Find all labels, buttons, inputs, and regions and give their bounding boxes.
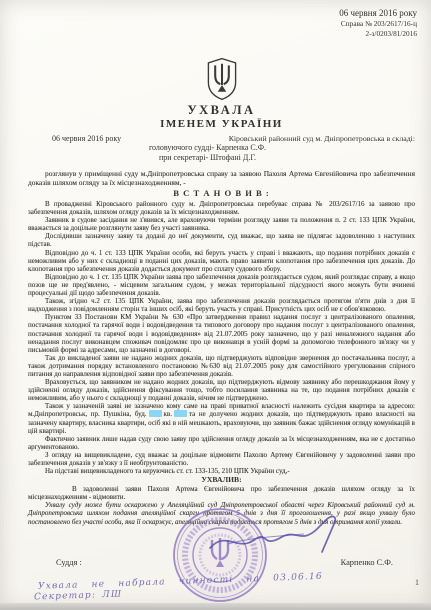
established-heading: В С Т А Н О В И В : [28, 188, 415, 199]
secretary-line: при секретарі- Штофані Д.Г. [14, 153, 401, 163]
handwritten-secretary-note: Секретар: ЛШ [34, 589, 123, 602]
scan-edge-shadow [0, 603, 431, 610]
redaction-box-house-number [149, 410, 162, 417]
document-body: УХВАЛА ІМЕНЕМ УКРАЇНИ 06 червня 2016 рок… [0, 0, 431, 526]
paragraph: Заявник в судове засідання не з'явився, … [28, 216, 415, 232]
resolution-paragraph: В задоволенні заяви Пахоля Артема Євгені… [28, 485, 415, 501]
resolved-heading: УХВАЛИВ: [28, 475, 415, 485]
title-uhvala: УХВАЛА [28, 104, 415, 117]
address-kv-label: кв. [164, 410, 172, 418]
scanned-court-ruling: 06 червня 2016 року Справа № 203/2617/16… [0, 0, 431, 610]
paragraph: Відповідно до ч. 1 ст. 133 ЦПК України о… [28, 249, 415, 273]
paragraph: Пунктом 33 Постанови КМ України № 630 «П… [28, 313, 415, 353]
coat-of-arms-ukraine-icon [205, 56, 239, 102]
paragraph: Враховується, що заявником не надано жод… [28, 378, 415, 402]
paragraph: Також, згідно ч.2 ст. 135 ЦПК України, з… [28, 297, 415, 313]
paragraph: Відповідно до ч. 1 ст. 135 ЦПК України з… [28, 273, 415, 297]
court-line-row: 06 червня 2016 року Кіровський районний … [28, 134, 415, 143]
presiding-judge-line: головуючого судді- Карпенка С.Ф. [14, 143, 401, 153]
paragraph: Фактично заявник лише надав суду свою за… [28, 435, 415, 451]
hearing-date: 06 червня 2016 року [52, 134, 121, 143]
paragraph: Дослідивши зазначену заяву та додані до … [28, 232, 415, 248]
title-in-the-name-of-ukraine: ІМЕНЕМ УКРАЇНИ [28, 118, 415, 130]
judge-label: Суддя : [56, 558, 82, 567]
paragraph: В провадженні Кіровського районного суду… [28, 200, 415, 216]
intro-paragraph: розглянув у приміщенні суду м.Дніпропетр… [28, 169, 415, 187]
page-mark: 1 [415, 578, 419, 587]
court-name: Кіровський районний суд м. Дніпропетровс… [229, 134, 415, 143]
paragraph: Так до викладеної заяви не надано жодних… [28, 354, 415, 378]
paragraph: На підставі вищевикладеного та керуючись… [28, 467, 415, 475]
redaction-box-apartment-number [174, 410, 187, 417]
judge-signature [208, 500, 358, 570]
paragraph-address-redacted: Також у зазначеній заяві не зазначено ко… [28, 402, 415, 434]
paragraph: З огляду на вищевикладене, суд вважає за… [28, 451, 415, 467]
